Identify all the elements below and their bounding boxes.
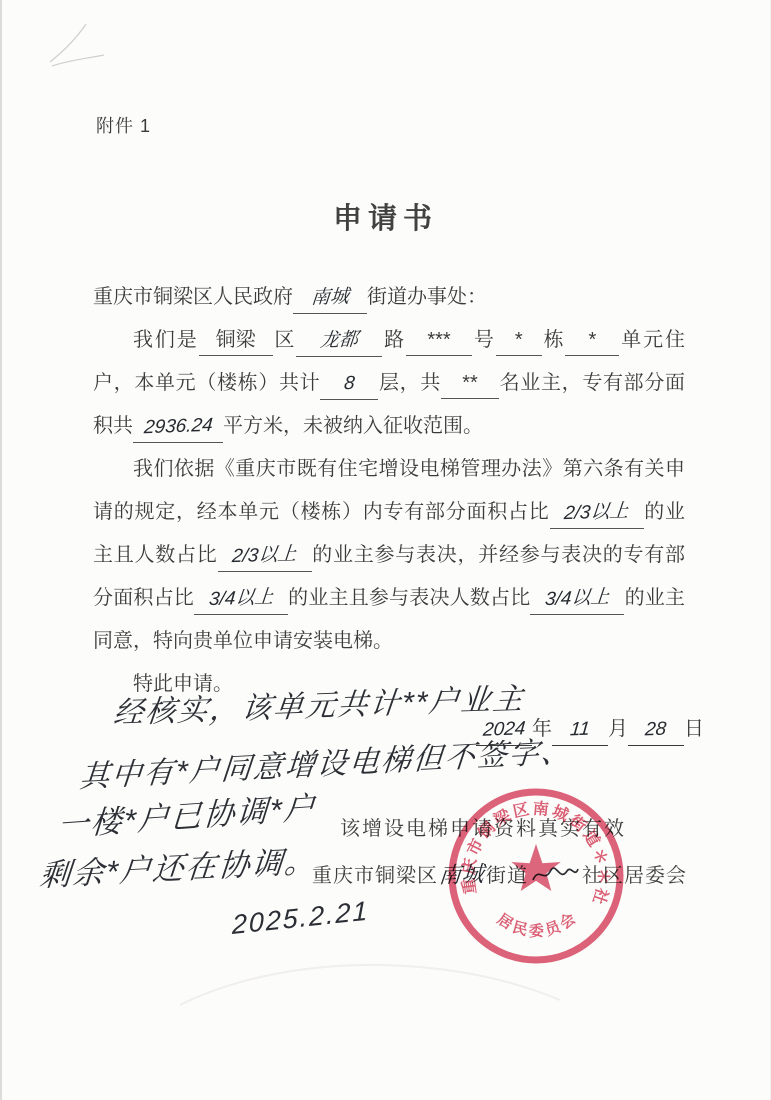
attachment-label: 附件 1 xyxy=(96,112,151,138)
handwritten-ratio: 2/3以上 xyxy=(231,540,298,572)
seg: 的业主且参与表决人数占比 xyxy=(288,587,530,609)
seg: 路 xyxy=(382,329,406,351)
day-blank: 28 xyxy=(628,714,684,746)
official-seal-stamp: 重庆市铜梁区南城街道＊＊社区 居民委员会 xyxy=(446,786,626,966)
stamp-bottom-text: 居民委员会 xyxy=(494,908,581,941)
handwritten-day: 28 xyxy=(644,715,668,746)
seg: 栋 xyxy=(542,329,566,351)
owner-count-value: ** xyxy=(462,372,478,394)
area-blank: 2936.24 xyxy=(133,411,223,443)
handwritten-street-name: 南城 xyxy=(310,282,351,313)
people-ratio-blank-2: 3/4以上 xyxy=(530,583,624,615)
street-number-blank: *** xyxy=(406,325,472,356)
document-title: 申请书 xyxy=(0,196,771,237)
district-blank: 铜梁 xyxy=(199,325,273,356)
seg: 号 xyxy=(472,329,496,351)
stamp-ring-text: 重庆市铜梁区南城街道＊＊社区 xyxy=(446,786,612,909)
seg: 平方米，未被纳入征收范围。 xyxy=(223,415,483,437)
street-office-blank: 南城 xyxy=(293,282,367,314)
street-number-value: *** xyxy=(427,329,450,351)
handwritten-ratio: 2/3以上 xyxy=(563,497,630,529)
seg: 区 xyxy=(273,329,297,351)
area-ratio-blank-2: 3/4以上 xyxy=(194,583,288,615)
committee-prefix: 重庆市铜梁区 xyxy=(312,865,438,887)
handwritten-ratio: 3/4以上 xyxy=(544,583,611,615)
letter-body: 重庆市铜梁区人民政府南城街道办事处： 我们是铜梁区龙都路***号*栋*单元住户，… xyxy=(93,276,685,706)
salutation-prefix: 重庆市铜梁区人民政府 xyxy=(93,286,293,308)
handwritten-note-date: 2025.2.21 xyxy=(232,895,369,941)
pen-scratch-mark xyxy=(50,24,104,66)
handwritten-area-value: 2936.24 xyxy=(142,411,213,444)
day-unit: 日 xyxy=(684,718,704,740)
handwritten-road-name: 龙都 xyxy=(319,325,360,356)
district-value: 铜梁 xyxy=(216,329,256,351)
salutation-suffix: 街道办事处： xyxy=(367,286,487,308)
seg: 层，共 xyxy=(378,372,441,394)
handwritten-ratio: 3/4以上 xyxy=(207,583,274,615)
seg: 我们是 xyxy=(133,329,199,351)
people-ratio-blank-1: 2/3以上 xyxy=(218,540,312,572)
month-unit: 月 xyxy=(608,718,628,740)
handwritten-note-line4: 剩余*户还在协调。 xyxy=(38,835,320,895)
owner-count-blank: ** xyxy=(441,368,499,399)
floors-blank: 8 xyxy=(320,368,378,400)
unit-value: * xyxy=(589,329,597,351)
stamp-star-icon xyxy=(511,844,560,891)
faint-scan-curve xyxy=(180,965,560,1005)
handwritten-floor-count: 8 xyxy=(343,369,356,399)
road-blank: 龙都 xyxy=(296,325,382,357)
unit-blank: * xyxy=(565,325,619,356)
building-blank: * xyxy=(496,325,542,356)
scanned-application-document: 附件 1 申请书 重庆市铜梁区人民政府南城街道办事处： 我们是铜梁区龙都路***… xyxy=(0,0,771,1100)
paragraph-unit-info: 我们是铜梁区龙都路***号*栋*单元住户，本单元（楼栋）共计8层，共**名业主，… xyxy=(93,319,685,448)
area-ratio-blank-1: 2/3以上 xyxy=(550,497,644,529)
building-value: * xyxy=(515,329,523,351)
paragraph-legal-basis: 我们依据《重庆市既有住宅增设电梯管理办法》第六条有关申请的规定，经本单元（楼栋）… xyxy=(93,448,685,663)
salutation-line: 重庆市铜梁区人民政府南城街道办事处： xyxy=(93,276,685,319)
